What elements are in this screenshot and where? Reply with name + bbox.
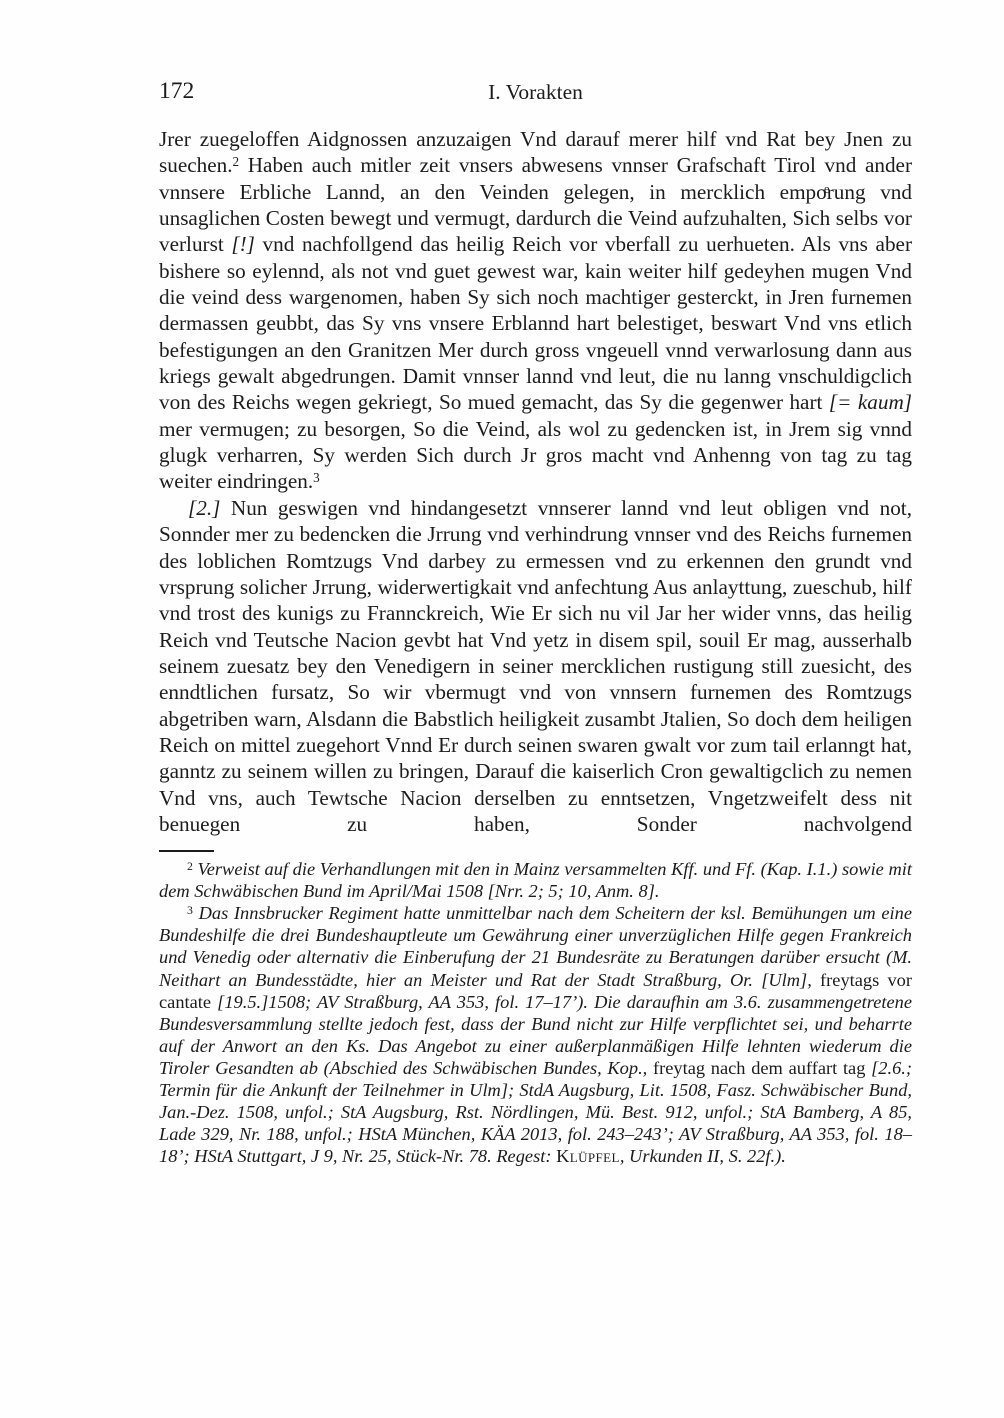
book-page: 172 I. Vorakten Jrer zuegeloffen Aidgnos… bbox=[0, 0, 1004, 1418]
footnote-separator-rule bbox=[159, 850, 214, 852]
text-segment: Nun geswigen vnd hindangesetzt vnnserer … bbox=[159, 496, 912, 836]
paragraph-2: [2.] Nun geswigen vnd hindangesetzt vnns… bbox=[159, 495, 912, 837]
footnote-3: 3 Das Innsbrucker Regiment hatte unmitte… bbox=[159, 902, 912, 1167]
text-block: 172 I. Vorakten Jrer zuegeloffen Aidgnos… bbox=[159, 78, 912, 1167]
footnote-3-text: Das Innsbrucker Regiment hatte unmittelb… bbox=[159, 903, 912, 989]
author-name-smallcaps: Klüpfel bbox=[556, 1146, 620, 1166]
footnote-3-marker: 3 bbox=[187, 904, 193, 917]
running-title: I. Vorakten bbox=[159, 79, 912, 105]
paragraph-continuation: Jrer zuegeloffen Aidgnossen anzuzaigen V… bbox=[159, 126, 912, 495]
footnote-ref-3: 3 bbox=[313, 470, 320, 485]
quoted-source-dating: freytag nach dem auffart tag bbox=[653, 1058, 865, 1078]
footnote-2-marker: 2 bbox=[187, 860, 193, 873]
footnote-ref-2: 2 bbox=[233, 154, 240, 169]
editorial-gloss: [= kaum] bbox=[829, 390, 912, 414]
main-text: Jrer zuegeloffen Aidgnossen anzuzaigen V… bbox=[159, 126, 912, 837]
footnote-3-text: , Urkunden II, S. 22f.). bbox=[620, 1146, 786, 1166]
footnote-2: 2 Verweist auf die Verhandlungen mit den… bbox=[159, 858, 912, 902]
running-header: 172 I. Vorakten bbox=[159, 78, 912, 105]
text-segment: mer vermugen; zu besorgen, So die Veind,… bbox=[159, 417, 912, 494]
footnotes-section: 2 Verweist auf die Verhandlungen mit den… bbox=[159, 850, 912, 1167]
footnote-2-text: Verweist auf die Verhandlungen mit den i… bbox=[159, 859, 912, 901]
sic-annotation: [!] bbox=[231, 232, 255, 256]
section-marker: [2.] bbox=[188, 496, 220, 520]
text-segment: vnd nachfollgend das heilig Reich vor vb… bbox=[159, 232, 912, 414]
